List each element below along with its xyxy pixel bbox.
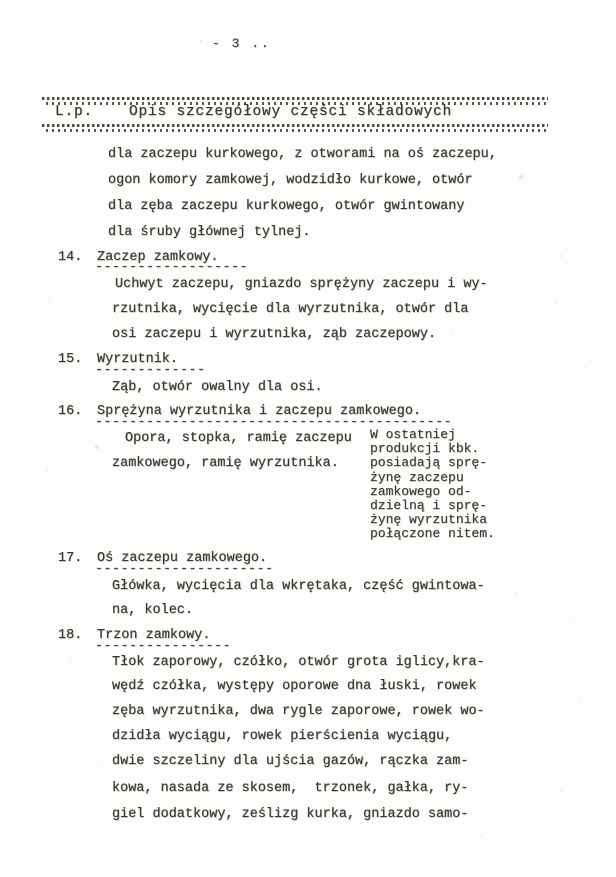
item-number: 16. [58,404,82,420]
margin-note-line: połączone nitem. [370,527,495,541]
column-header-lp: L.p. [55,104,93,120]
item-desc-line: zamkowego, ramię wyrzutnika. [112,456,339,472]
item-desc-line: Opora, stopka, ramię zaczepu [125,431,352,447]
header-rule-bottom [42,124,548,132]
margin-note-line: posiadają sprę- [370,456,495,470]
item-desc-line: rzutnika, wycięcie dla wyrzutnika, otwór… [112,302,468,318]
item-number: 18. [58,628,82,644]
margin-note-line: W ostatniej [370,428,495,442]
margin-note-line: żynę zaczepu [370,471,495,485]
margin-note: W ostatniej produkcji kbk. posiadają spr… [370,428,495,542]
item-desc-line: kowa, nasada ze skosem, trzonek, gałka, … [112,781,468,797]
item-number: 14. [58,250,82,266]
column-header-description: Opis szczegółowy części składowych [129,104,452,120]
item-desc-line: Tłok zaporowy, czółko, otwór grota iglic… [112,655,485,671]
item-desc-line: giel dodatkowy, ześlizg kurka, gniazdo s… [112,807,468,823]
item-title-underline: ---------------- [95,639,231,655]
margin-note-line: dzielną i sprę- [370,499,495,513]
continued-paragraph-line: ogon komory zamkowej, wodzidło kurkowe, … [108,173,473,189]
continued-paragraph-line: dla zaczepu kurkowego, z otworami na oś … [108,147,497,163]
item-desc-line: zęba wyrzutnika, dwa rygle zaporowe, row… [112,704,485,720]
item-desc-line: osi zaczepu i wyrzutnika, ząb zaczepowy. [112,327,436,343]
item-title-underline: ------------- [95,363,206,379]
item-desc-line: dzidła wyciągu, rowek pierścienia wyciąg… [112,729,452,745]
margin-note-line: produkcji kbk. [370,442,495,456]
item-title-underline: --------------------- [95,562,274,578]
margin-note-line: zamkowego od- [370,485,495,499]
item-number: 17. [58,551,82,567]
continued-paragraph-line: dla śruby głównej tylnej. [108,225,311,241]
item-desc-line: Uchwyt zaczepu, gniazdo sprężyny zaczepu… [115,277,488,293]
page-number: - 3 .. [212,36,271,52]
item-title-underline: ------------------ [95,260,248,276]
continued-paragraph-line: dla zęba zaczepu kurkowego, otwór gwinto… [108,199,464,215]
scanned-document-page: - 3 .. L.p. Opis szczegółowy części skła… [0,0,616,877]
item-desc-line: Główka, wycięcia dla wkrętaka, część gwi… [112,579,485,595]
margin-note-line: żynę wyrzutnika [370,513,495,527]
item-desc-line: na, kolec. [112,603,193,619]
scan-noise [0,0,2,2]
item-number: 15. [58,352,82,368]
item-desc-line: Ząb, otwór owalny dla osi. [112,380,323,396]
item-desc-line: wędź czółka, występy oporowe dna łuski, … [112,679,477,695]
item-desc-line: dwie szczeliny dla ujścia gazów, rączka … [112,754,468,770]
